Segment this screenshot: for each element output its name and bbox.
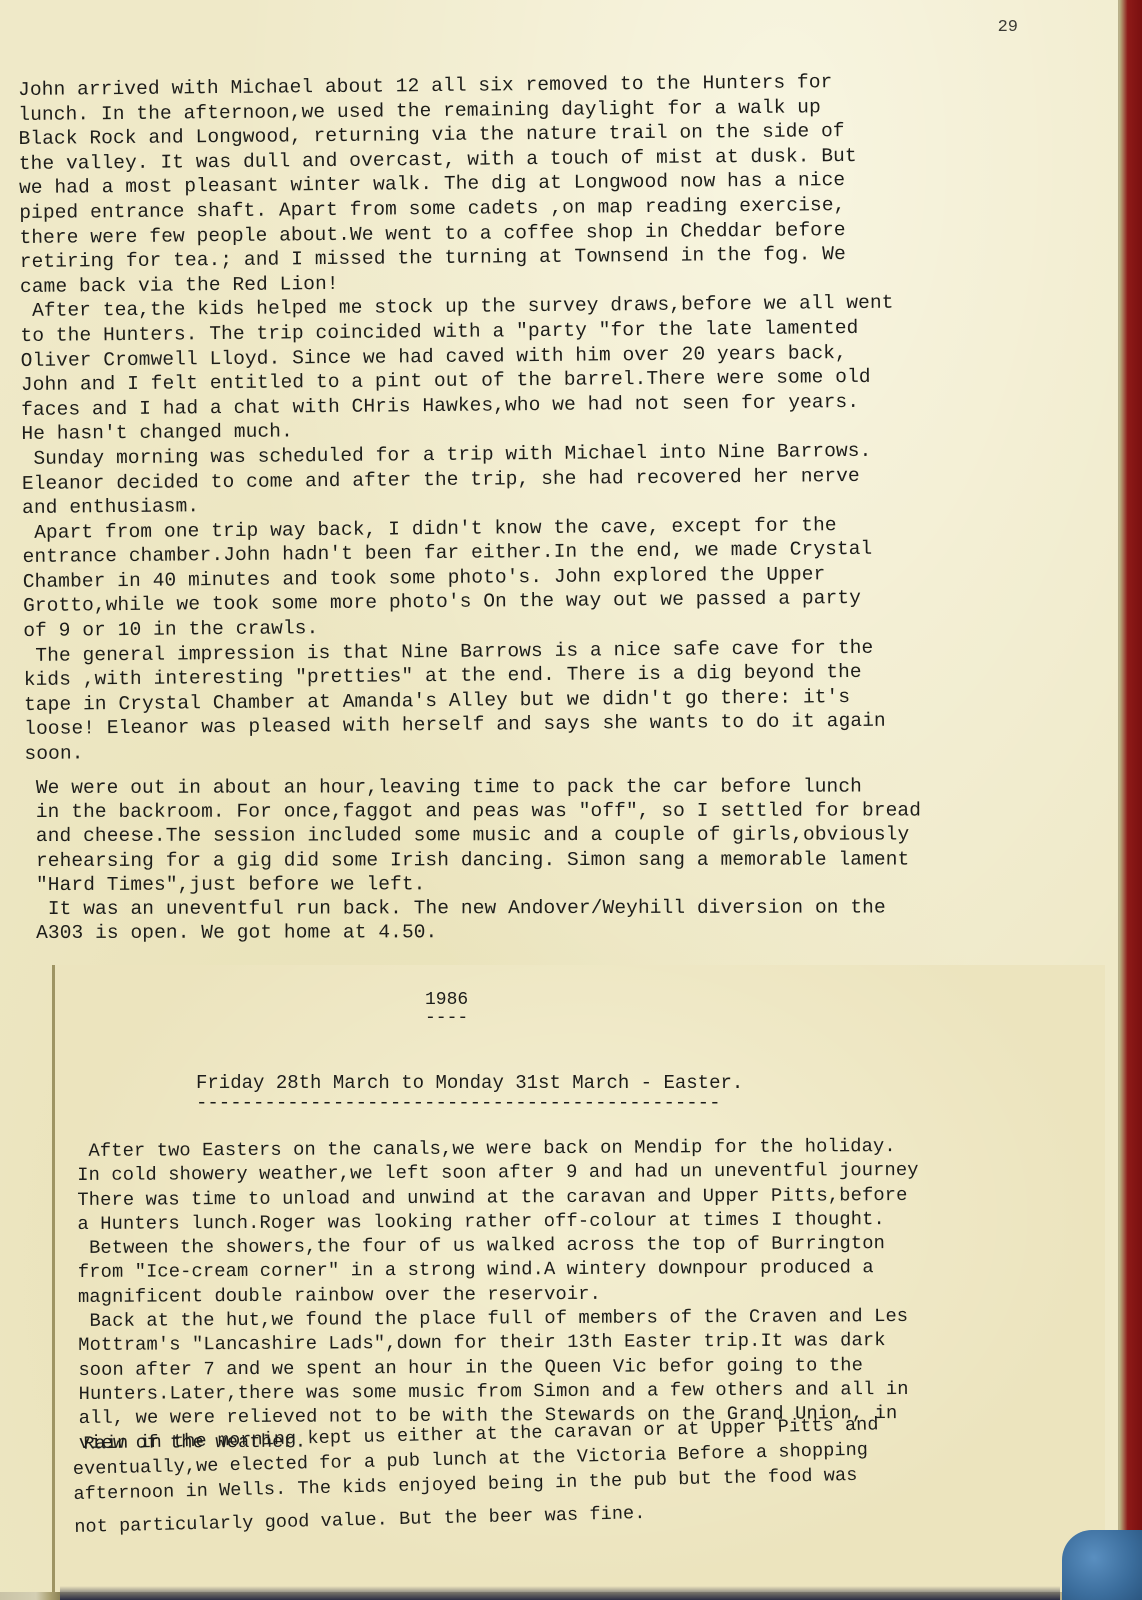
text-line: and cheese.The session included some mus… xyxy=(24,823,921,849)
diary-entry-wells: Rain in the morning kept us either at th… xyxy=(72,1412,881,1540)
year-heading: 1986 xyxy=(425,990,468,1010)
text-line: from "Ice-cream corner" in a strong wind… xyxy=(78,1255,920,1284)
diary-entry-weekend: John arrived with Michael about 12 all s… xyxy=(18,70,898,767)
diary-entry-easter: After two Easters on the canals,we were … xyxy=(77,1134,920,1455)
text-line: A303 is open. We got home at 4.50. xyxy=(24,920,921,946)
section-underline: ----------------------------------------… xyxy=(196,1092,721,1114)
binder-spine xyxy=(1120,0,1142,1600)
page-number: 29 xyxy=(998,18,1018,37)
text-line: We were out in about an hour,leaving tim… xyxy=(24,774,921,800)
year-underline: ---- xyxy=(425,1008,468,1028)
text-line: "Hard Times",just before we left. xyxy=(24,871,921,897)
page-bottom-shadow xyxy=(60,1586,1060,1600)
text-line: rehearsing for a gig did some Irish danc… xyxy=(24,847,921,873)
text-line: in the backroom. For once,faggot and pea… xyxy=(24,799,921,825)
blue-object-corner xyxy=(1062,1530,1142,1600)
text-line: It was an uneventful run back. The new A… xyxy=(24,895,921,921)
section-heading: Friday 28th March to Monday 31st March -… xyxy=(196,1072,743,1094)
diary-entry-return: We were out in about an hour,leaving tim… xyxy=(24,774,921,945)
